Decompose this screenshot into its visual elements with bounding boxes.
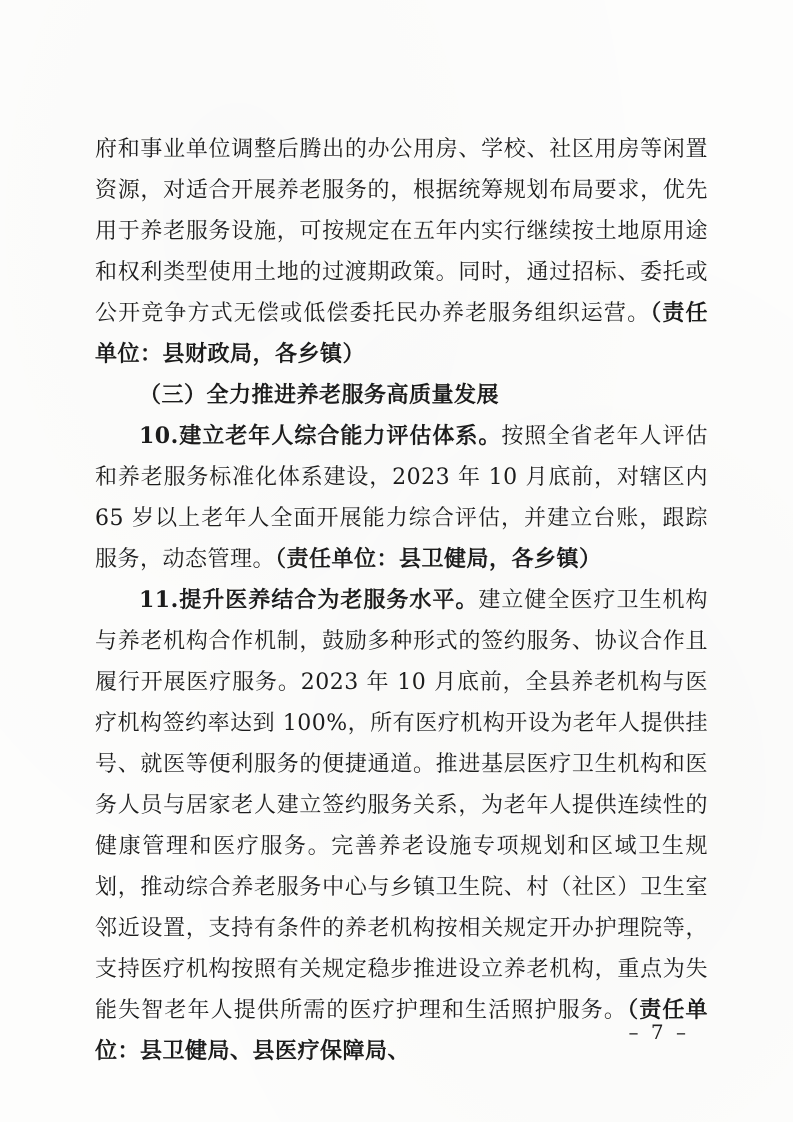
paragraph-item-11: 11.提升医养结合为老服务水平。建立健全医疗卫生机构与养老机构合作机制，鼓励多种… [95,580,708,1072]
page-number: – 7 – [629,1018,689,1046]
document-body: 府和事业单位调整后腾出的办公用房、学校、社区用房等闲置资源，对适合开展养老服务的… [95,129,708,1072]
document-page: 府和事业单位调整后腾出的办公用房、学校、社区用房等闲置资源，对适合开展养老服务的… [0,0,793,1122]
section-heading: （三）全力推进养老服务高质量发展 [95,375,708,416]
body-text: 建立健全医疗卫生机构与养老机构合作机制，鼓励多种形式的签约服务、协议合作且履行开… [95,588,708,1023]
paragraph-continuation: 府和事业单位调整后腾出的办公用房、学校、社区用房等闲置资源，对适合开展养老服务的… [95,129,708,375]
responsible-unit-label: （责任单位：县卫健局，各乡镇） [275,546,602,572]
paragraph-item-10: 10.建立老年人综合能力评估体系。按照全省老年人评估和养老服务标准化体系建设，2… [95,416,708,580]
item-10-lead-text: 10.建立老年人综合能力评估体系。 [139,423,501,449]
item-11-lead-text: 11.提升医养结合为老服务水平。 [139,587,478,613]
body-text: 府和事业单位调整后腾出的办公用房、学校、社区用房等闲置资源，对适合开展养老服务的… [95,137,708,326]
section-heading-text: （三）全力推进养老服务高质量发展 [139,382,499,408]
